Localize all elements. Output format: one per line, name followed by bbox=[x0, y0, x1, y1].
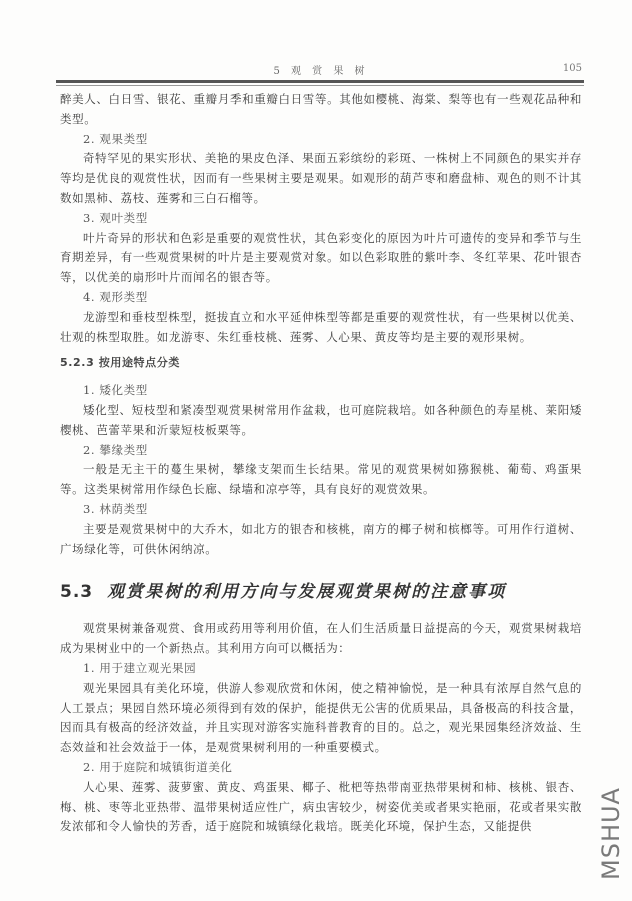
section-heading-5-3: 5.3观赏果树的利用方向与发展观赏果树的注意事项 bbox=[60, 579, 582, 605]
subheading-shape-type: 4. 观形类型 bbox=[60, 288, 582, 308]
subheading-shade-type: 3. 林荫类型 bbox=[60, 500, 582, 520]
book-page: 5 观 赏 果 树 105 醉美人、白日雪、银花、重瓣月季和重瓣白日雪等。其他如… bbox=[0, 0, 632, 901]
paragraph-tourist-orchard: 观光果园具有美化环境，供游人参观欣赏和休闲，使之精神愉悦，是一种具有浓厚自然气息… bbox=[60, 679, 582, 758]
page-content: 醉美人、白日雪、银花、重瓣月季和重瓣白日雪等。其他如樱桃、海棠、梨等也有一些观花… bbox=[60, 90, 582, 837]
paragraph-intro: 醉美人、白日雪、银花、重瓣月季和重瓣白日雪等。其他如樱桃、海棠、梨等也有一些观花… bbox=[60, 90, 582, 130]
paragraph-5-3-intro: 观赏果树兼备观赏、食用或药用等利用价值，在人们生活质量日益提高的今天，观赏果树栽… bbox=[60, 619, 582, 659]
subheading-climbing-type: 2. 攀缘类型 bbox=[60, 441, 582, 461]
header-rule-thin bbox=[56, 85, 584, 86]
page-number: 105 bbox=[563, 63, 582, 74]
paragraph-fruit-type: 奇特罕见的果实形状、美艳的果皮色泽、果面五彩缤纷的彩斑、一株树上不同颜色的果实并… bbox=[60, 149, 582, 208]
section-heading-5-2-3: 5.2.3 按用途特点分类 bbox=[60, 353, 582, 373]
chapter-title: 5 观 赏 果 树 bbox=[60, 62, 582, 77]
watermark-text: MSHUA bbox=[596, 770, 626, 880]
running-head: 5 观 赏 果 树 105 bbox=[60, 62, 582, 78]
paragraph-shade-type: 主要是观赏果树中的大乔木，如北方的银杏和核桃，南方的椰子树和槟榔等。可用作行道树… bbox=[60, 520, 582, 560]
subheading-dwarf-type: 1. 矮化类型 bbox=[60, 381, 582, 401]
paragraph-shape-type: 龙游型和垂枝型株型，挺拔直立和水平延伸株型等都是重要的观赏性状，有一些果树以优美… bbox=[60, 308, 582, 348]
subheading-tourist-orchard: 1. 用于建立观光果园 bbox=[60, 659, 582, 679]
subheading-leaf-type: 3. 观叶类型 bbox=[60, 209, 582, 229]
subheading-courtyard-street: 2. 用于庭院和城镇街道美化 bbox=[60, 758, 582, 778]
subheading-fruit-type: 2. 观果类型 bbox=[60, 130, 582, 150]
section-number: 5.3 bbox=[60, 582, 93, 602]
paragraph-dwarf-type: 矮化型、短枝型和紧凑型观赏果树常用作盆栽，也可庭院栽培。如各种颜色的寿星桃、莱阳… bbox=[60, 401, 582, 441]
paragraph-climbing-type: 一般是无主干的蔓生果树，攀缘支架而生长结果。常见的观赏果树如猕猴桃、葡萄、鸡蛋果… bbox=[60, 460, 582, 500]
section-title: 观赏果树的利用方向与发展观赏果树的注意事项 bbox=[107, 582, 506, 602]
paragraph-courtyard-street: 人心果、莲雾、菠萝蜜、黄皮、鸡蛋果、椰子、枇杷等热带南亚热带果树和柿、核桃、银杏… bbox=[60, 778, 582, 837]
header-rule-thick bbox=[56, 80, 584, 83]
paragraph-leaf-type: 叶片奇异的形状和色彩是重要的观赏性状，其色彩变化的原因为叶片可遗传的变异和季节与… bbox=[60, 229, 582, 288]
